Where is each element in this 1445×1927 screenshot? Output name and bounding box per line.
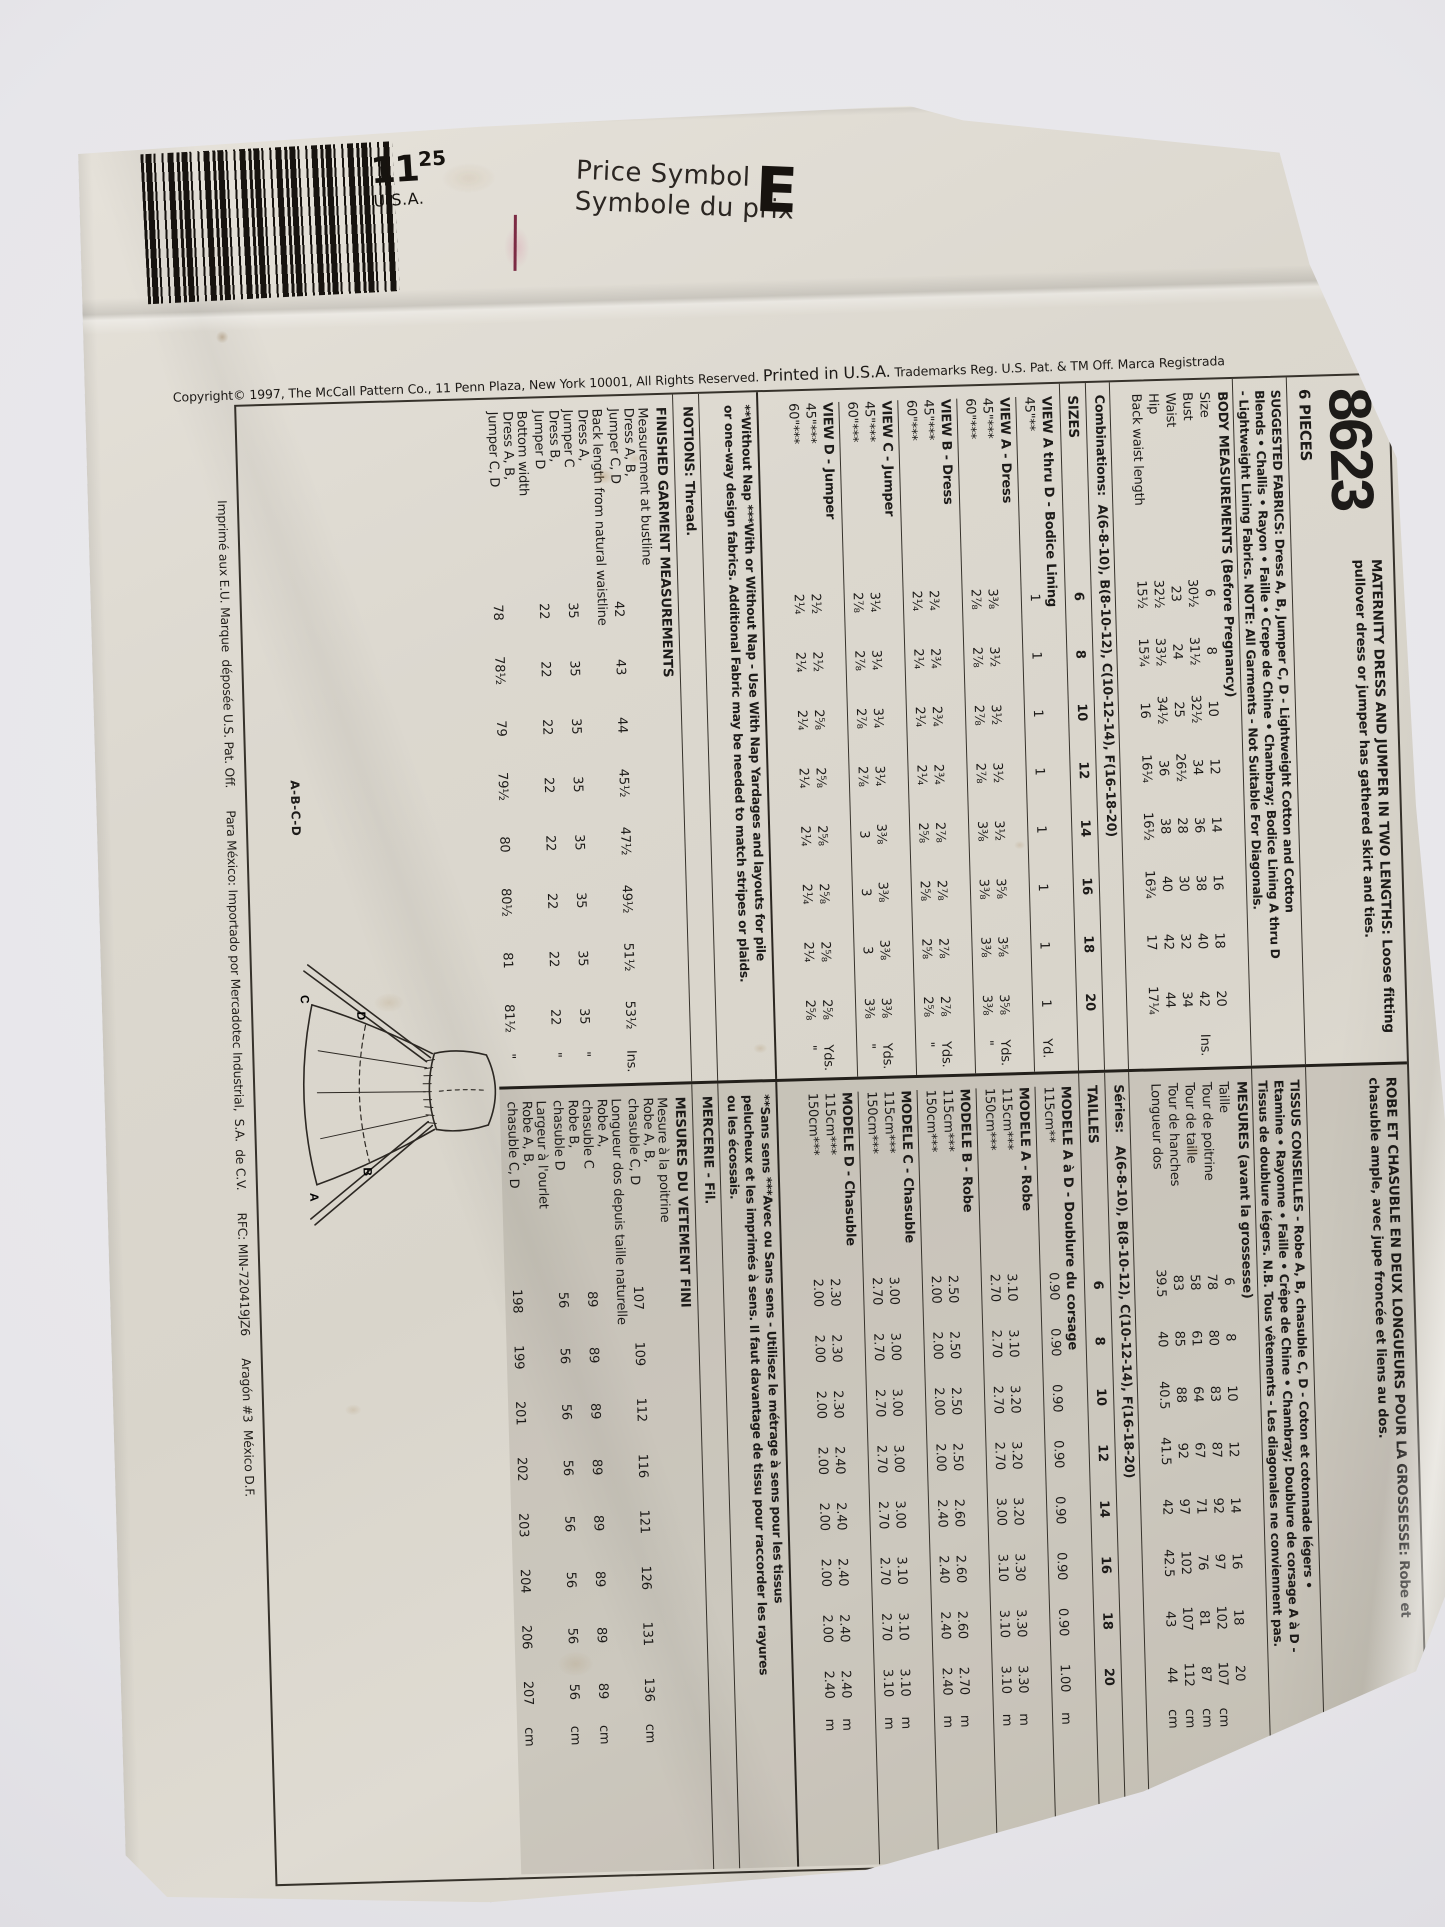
finished-groups: Mesure à la poitrine Robe A, [504,1097,693,1874]
finished-labels: Dress A, B,Jumper C, D [484,411,518,584]
finished-value: 206 [518,1609,534,1665]
measurement-value: 15½ [1132,565,1151,623]
pieces-count: 6 PIECES [1296,389,1317,561]
yardage-value: 2⅞ [932,861,951,919]
yardage-value: 0.90 [1044,1258,1063,1314]
yardage-value: 2¼ [910,688,929,746]
measurement-value: 41.5 [1156,1423,1175,1479]
yardage-value: 2⅝ [800,981,819,1039]
yardage-value: 3½ [988,743,1007,801]
measurement-value: 10 [1222,1365,1241,1421]
measurement-value: 78 [1202,1254,1221,1310]
yardage-value: 2.40 [933,1485,952,1541]
finished-value: 45½ [615,754,631,812]
finished-value: 112 [633,1382,649,1438]
yardage-value: 3.10 [995,1596,1014,1652]
finished-value: 198 [508,1273,524,1329]
yardage-value: 3.00 [891,1486,910,1542]
size-value: 18 [1098,1593,1116,1649]
yardage-value: 0.90 [1049,1426,1068,1482]
finished-value: 56 [554,1272,570,1328]
measurement-value: 61 [1187,1310,1206,1366]
measurement-value: 36 [1189,796,1208,854]
unit-label: m [939,1709,958,1763]
yardage-value: 2.40 [830,1432,849,1488]
yardage-value: 1 [1033,858,1052,916]
yardage-value: 3½ [986,685,1005,743]
measurement-value: 44 [1162,1647,1181,1703]
measurement-value: 34½ [1152,681,1171,739]
finished-value: 89 [587,1383,603,1439]
yardage-value: 2¼ [797,865,816,923]
yardage-value: 3⅜ [977,976,996,1034]
measurement-value: 16¼ [1137,739,1156,797]
yardage-value: 2.40 [833,1544,852,1600]
unit-label: " [577,1045,593,1087]
diagram-caption: A-B-C-D [287,780,305,836]
measurement-value: 102 [1176,1534,1195,1590]
unit-label: m [956,1709,975,1763]
yardage-value: 2.70 [875,1543,894,1599]
measurement-value: 42 [1159,913,1178,971]
measurement-value: 87 [1196,1646,1215,1702]
measurement-value: 83 [1168,1255,1187,1311]
finished-value: 22 [535,582,551,640]
size-value: 8 [1090,1313,1108,1369]
measurement-value: 81 [1195,1590,1214,1646]
measurement-value: 16½ [1138,797,1157,855]
yardage-value: 3.00 [889,1430,908,1486]
measurement-value: 14 [1225,1477,1244,1533]
photo-of-pattern-envelope: { "flap": { "price_big": "11", "price_sm… [0,0,1445,1927]
yardage-value: 2⅞ [969,686,988,744]
unit-label: " [861,1037,880,1079]
yardage-value: 2¾ [927,687,946,745]
yardage-value: 2½ [808,632,827,690]
finished-value: 56 [556,1328,572,1384]
yardage-value: 3⅜ [876,979,895,1037]
yardage-value: 1 [1035,916,1054,974]
finished-value: 89 [594,1663,610,1719]
yardage-value: 2⅞ [853,747,872,805]
yardage-value: 3.00 [887,1374,906,1430]
unit-label: cm [596,1719,612,1773]
finished-value: 35 [574,929,590,987]
yardage-value: 3¼ [870,747,889,805]
chart-half: 8623 6 PIECES MATERNITY DRESS AND JUMPER… [480,375,1407,1090]
yardage-value: 2.00 [813,1433,832,1489]
measurement-value: 107 [1213,1645,1232,1701]
finished-labels: Dress B,Jumper D [530,410,564,583]
finished-value: 56 [559,1440,575,1496]
unit-label: m [821,1712,840,1766]
envelope-flap: 1125 U.S.A. Price Symbol Symbole du prix… [77,92,1424,321]
chart-half: ROBE ET CHASUBLE EN DEUX LONGUEURS POUR … [499,1064,1429,1874]
yardage-value: 2½ [806,574,825,632]
yardage-value: 2⅞ [848,573,867,631]
yardage-value: 3⅜ [875,921,894,979]
yardage-value: 2.00 [931,1429,950,1485]
unit-label: m [1057,1706,1076,1760]
yardage-value: 0.90 [1052,1538,1071,1594]
yardage-value: 2⅝ [813,806,832,864]
measurement-value: 8 [1202,621,1221,679]
measurement-value: 32 [1176,912,1195,970]
view-letter-c: C [298,995,312,1004]
yardage-value: 3.10 [1002,1259,1021,1315]
yardage-value: 2.30 [828,1376,847,1432]
yardage-value: 3⅝ [993,917,1012,975]
yardage-value: 1 [1030,742,1049,800]
yardage-value: 3 [856,863,875,921]
yardage-value: 2¼ [909,630,928,688]
yardage-value: 0.90 [1051,1482,1070,1538]
size-value: 16 [1078,857,1096,915]
measurement-value: 97 [1210,1534,1229,1590]
envelope-back-chart: 8623 6 PIECES MATERNITY DRESS AND JUMPER… [180,373,1431,1888]
finished-value: 89 [591,1551,607,1607]
measurement-value: 31½ [1185,622,1204,680]
yardage-value: 3.10 [1004,1315,1023,1371]
measurement-value: 8 [1221,1309,1240,1365]
yardage-value: 2⅝ [915,862,934,920]
finished-value: 22 [543,872,559,930]
yardage-value: 1 [1036,974,1055,1032]
finished-value: 51½ [620,928,636,986]
yardage-value: 1.00 [1055,1650,1074,1706]
unit-label: cm [1198,1702,1217,1756]
yardage-table: VIEW A thru D - Bodice Lining 45"** [756,384,1078,1079]
yardage-value: 2.50 [948,1429,967,1485]
unit-label [1213,1027,1232,1069]
finished-value: 116 [634,1438,650,1494]
finished-value: 109 [631,1326,647,1382]
yardage-value: 3½ [989,801,1008,859]
measurement-value: 6 [1219,1253,1238,1309]
finished-value: 43 [612,638,628,696]
measurement-value: 88 [1171,1367,1190,1423]
measurement-value: 24 [1168,622,1187,680]
yardage-value: 2¼ [792,691,811,749]
yardage-value: 2.50 [945,1317,964,1373]
unit-label: " [979,1034,998,1079]
yardage-value: 3.20 [1009,1483,1028,1539]
yardage-value: 2¾ [926,629,945,687]
unit-label: cm [1164,1703,1183,1757]
measurement-value: 18 [1229,1589,1248,1645]
unit-label: " [920,1035,939,1079]
yardage-value: 3.00 [886,1318,905,1374]
yardage-value: 2.40 [835,1600,854,1656]
finished-value: 89 [593,1607,609,1663]
measurement-value: 28 [1172,796,1191,854]
yardage-value: 2.70 [985,1260,1004,1316]
finished-value: 35 [564,581,580,639]
yardage-value: 2.70 [872,1431,891,1487]
measurement-value: 40 [1153,1311,1172,1367]
price-cents: 25 [417,146,446,172]
size-value: 20 [1081,973,1099,1031]
measurement-value: 17 [1142,913,1161,971]
measurement-value: 80 [1204,1310,1223,1366]
finished-value: 126 [637,1550,653,1606]
finished-labels: Robe A,chasuble C [579,1099,613,1272]
finished-labels: Dress A, B,Jumper C, D [605,408,639,581]
finished-value: 121 [636,1494,652,1550]
size-value: 12 [1093,1425,1111,1481]
yardage-value: 3⅜ [973,802,992,860]
measurement-value: 44 [1160,971,1179,1029]
measurement-value: 23 [1166,564,1185,622]
yardage-value: 2.30 [827,1320,846,1376]
yardage-value: 3.10 [996,1652,1015,1708]
yardage-value: 2⅞ [851,689,870,747]
unit-label: Yds. [819,1038,838,1079]
measurement-value: 14 [1206,795,1225,853]
yardage-value: 3.20 [1005,1371,1024,1427]
measurement-value: 30½ [1183,564,1202,622]
finished-value: 89 [588,1439,604,1495]
size-value: 20 [1100,1649,1118,1705]
finished-value: 35 [572,871,588,929]
yardage-table: MODELE A à D - Doublure du corsage 115cm… [775,1074,1100,1867]
yardage-value: 2⅞ [971,744,990,802]
measurement-value: 20 [1230,1645,1249,1701]
unit-label [1145,1029,1164,1069]
finished-labels: Robe A, B,chasuble C, D [625,1097,659,1270]
yardage-value: 0.90 [1046,1314,1065,1370]
yardage-value: 3¼ [865,573,884,631]
pink-mark [514,215,517,271]
finished-value: 35 [571,813,587,871]
yardage-value: 2⅞ [935,977,954,1035]
chart-border-box: 8623 6 PIECES MATERNITY DRESS AND JUMPER… [234,373,1431,1887]
yardage-value: 3⅝ [991,859,1010,917]
measurement-value: 38 [1155,797,1174,855]
yardage-value: 2¼ [907,572,926,630]
yardage-value: 2.40 [934,1541,953,1597]
finished-value: 107 [629,1270,645,1326]
measurement-value: 40 [1157,855,1176,913]
yardage-value: 2¼ [799,923,818,981]
yardage-value: 2.00 [926,1261,945,1317]
measurement-value: 43 [1161,1591,1180,1647]
finished-value: 89 [583,1271,599,1327]
unit-label [1232,1701,1251,1755]
yardage-value: 2⅝ [918,977,937,1035]
finished-labels: Robe B,chasuble D [550,1099,584,1272]
yardage-value: 2⅝ [917,919,936,977]
unit-label: m [897,1710,916,1764]
yardage-value: 3.10 [993,1540,1012,1596]
finished-value: 56 [565,1664,581,1720]
printed-in-usa: Printed in U.S.A. [763,362,891,385]
measurement-value: 42.5 [1159,1535,1178,1591]
yardage-value: 2.00 [808,1265,827,1321]
yardage-value: 2⅝ [811,748,830,806]
finished-value: 201 [512,1385,528,1441]
unit-label [1162,1029,1181,1069]
yardage-value: 2¼ [791,633,810,691]
measurement-value: 40 [1193,912,1212,970]
finished-value: 78 [489,583,505,641]
unit-label: cm [567,1720,583,1774]
yardage-value: 2.70 [877,1599,896,1655]
yardage-value: 3.10 [892,1542,911,1598]
measurement-value: 33½ [1151,623,1170,681]
yardage-value: 3.10 [894,1598,913,1654]
unit-label: Ins. [1196,1028,1215,1069]
yardage-value: 3.10 [895,1654,914,1710]
yardage-value: 1 [1025,568,1044,626]
finished-value: 44 [613,696,629,754]
size-value: 10 [1092,1369,1110,1425]
measurement-value: 16 [1135,681,1154,739]
yardage-value: 3.30 [1013,1651,1032,1707]
finished-value: 22 [538,698,554,756]
measurement-value: 16 [1227,1533,1246,1589]
finished-value: 136 [640,1662,656,1718]
yardage-value: 3⅜ [976,918,995,976]
yardage-value: 2.70 [990,1428,1009,1484]
size-value: 6 [1069,567,1087,625]
yardage-value: 2¼ [789,575,808,633]
yardage-value: 1 [1027,626,1046,684]
yardage-value: 2.50 [946,1373,965,1429]
yardage-value: 2.60 [951,1541,970,1597]
yardage-value: 2.00 [928,1317,947,1373]
yardage-value: 1 [1028,684,1047,742]
size-value: 18 [1079,915,1097,973]
yardage-value: 2.40 [937,1653,956,1709]
yardage-value: 2.70 [874,1487,893,1543]
measurement-value: 30 [1174,854,1193,912]
yardage-value: 2¼ [796,807,815,865]
measurement-value: 38 [1191,854,1210,912]
yardage-value: 3¼ [868,689,887,747]
usa-label: U.S.A. [373,189,425,211]
pattern-number: 8623 [1318,387,1385,561]
measurement-value: 18 [1210,911,1229,969]
finished-values: 198199201202203204206207 [508,1273,535,1721]
finished-value: 22 [545,930,561,988]
finished-value: 35 [566,639,582,697]
yardage-value: 2.30 [825,1264,844,1320]
measurement-value: 20 [1211,969,1230,1027]
garment-title: ROBE ET CHASUBLE EN DEUX LONGUEURS POUR … [1306,1076,1422,1620]
measurement-value: 12 [1224,1421,1243,1477]
yardage-value: 2.00 [929,1373,948,1429]
yardage-value: 2.70 [870,1375,889,1431]
finished-labels: Dress A,Jumper C [559,409,593,582]
finished-value: 22 [540,756,556,814]
measurement-value: 32½ [1149,565,1168,623]
measurement-value: 102 [1212,1590,1231,1646]
size-value: 14 [1095,1481,1113,1537]
finished-value: 202 [513,1441,529,1497]
yardage-value: 2¾ [929,745,948,803]
measurement-value: 42 [1157,1479,1176,1535]
yardage-value: 3 [858,921,877,979]
yardage-value: 3 [855,805,874,863]
yardage-value: 2.00 [810,1321,829,1377]
unit-label: cm [1215,1701,1234,1755]
yardage-value: 3.00 [884,1263,903,1319]
price-symbol-letter: E [754,153,799,228]
measurement-value: 36 [1154,739,1173,797]
barcode-icon [140,141,400,304]
measurement-value: 92 [1173,1423,1192,1479]
finished-value: 49½ [618,870,634,928]
yardage-value: 2.00 [818,1601,837,1657]
yardage-value: 2.50 [943,1261,962,1317]
yardage-value: 3.00 [992,1484,1011,1540]
yardage-value: 3⅜ [873,863,892,921]
measurement-value: 112 [1179,1646,1198,1702]
size-value: 6 [1089,1257,1107,1313]
unit-label: m [1015,1707,1034,1761]
unit-label [1179,1028,1198,1069]
yardage-value: 2.00 [816,1545,835,1601]
unit-label: m [838,1712,857,1766]
unit-label: m [998,1708,1017,1762]
yardage-value: 2.70 [987,1316,1006,1372]
yardage-value: 3.20 [1007,1427,1026,1483]
yardage-value: 2⅝ [814,864,833,922]
measurement-value: 6 [1200,563,1219,621]
yardage-value: 2.70 [988,1372,1007,1428]
measurement-value: 87 [1207,1422,1226,1478]
header-row: 8623 6 PIECES MATERNITY DRESS AND JUMPER… [1286,375,1407,1065]
finished-measurements: MESURES DU VETEMENT FINI Mesure à la poi… [493,1084,713,1874]
size-value: 14 [1076,799,1094,857]
unit-label: " [802,1039,821,1079]
size-value: 12 [1074,741,1092,799]
yardage-value: 3⅝ [994,975,1013,1033]
finished-value: 56 [558,1384,574,1440]
finished-value: 56 [562,1552,578,1608]
pattern-envelope: 1125 U.S.A. Price Symbol Symbole du prix… [77,92,1445,1913]
yardage-value: 2⅝ [817,980,836,1038]
measurement-value: 67 [1190,1422,1209,1478]
view-letter-a: A [307,1193,321,1202]
price-value: 1125 [369,146,447,193]
unit-label: Yds. [937,1035,956,1079]
finished-value: 22 [537,640,553,698]
measurement-value: 42 [1194,970,1213,1028]
finished-value: 35 [567,697,583,755]
pattern-number-block: 8623 6 PIECES [1287,387,1393,562]
body-measurements: MESURES (avant la grossesse) Taille 6810… [1129,1069,1273,1857]
view-letter-b: B [360,1167,374,1176]
yardage-value: 3⅜ [974,860,993,918]
measurement-value: 10 [1203,679,1222,737]
yardage-value: 2⅝ [816,922,835,980]
yardage-value: 3½ [985,627,1004,685]
yardage-value: 3.30 [1010,1539,1029,1595]
measurement-value: 16¾ [1140,855,1159,913]
measurement-value: 12 [1205,737,1224,795]
yardage-value: 0.90 [1054,1594,1073,1650]
finished-value: 22 [542,814,558,872]
yardage-value: 3⅜ [872,805,891,863]
measurement-value: 107 [1178,1590,1197,1646]
price-dollars: 11 [369,148,420,192]
trademark-text: Trademarks Reg. U.S. Pat. & TM Off. Marc… [890,353,1225,380]
pink-smudge [498,212,540,283]
unit-label: cm [642,1718,658,1772]
measurement-value: 16 [1208,853,1227,911]
